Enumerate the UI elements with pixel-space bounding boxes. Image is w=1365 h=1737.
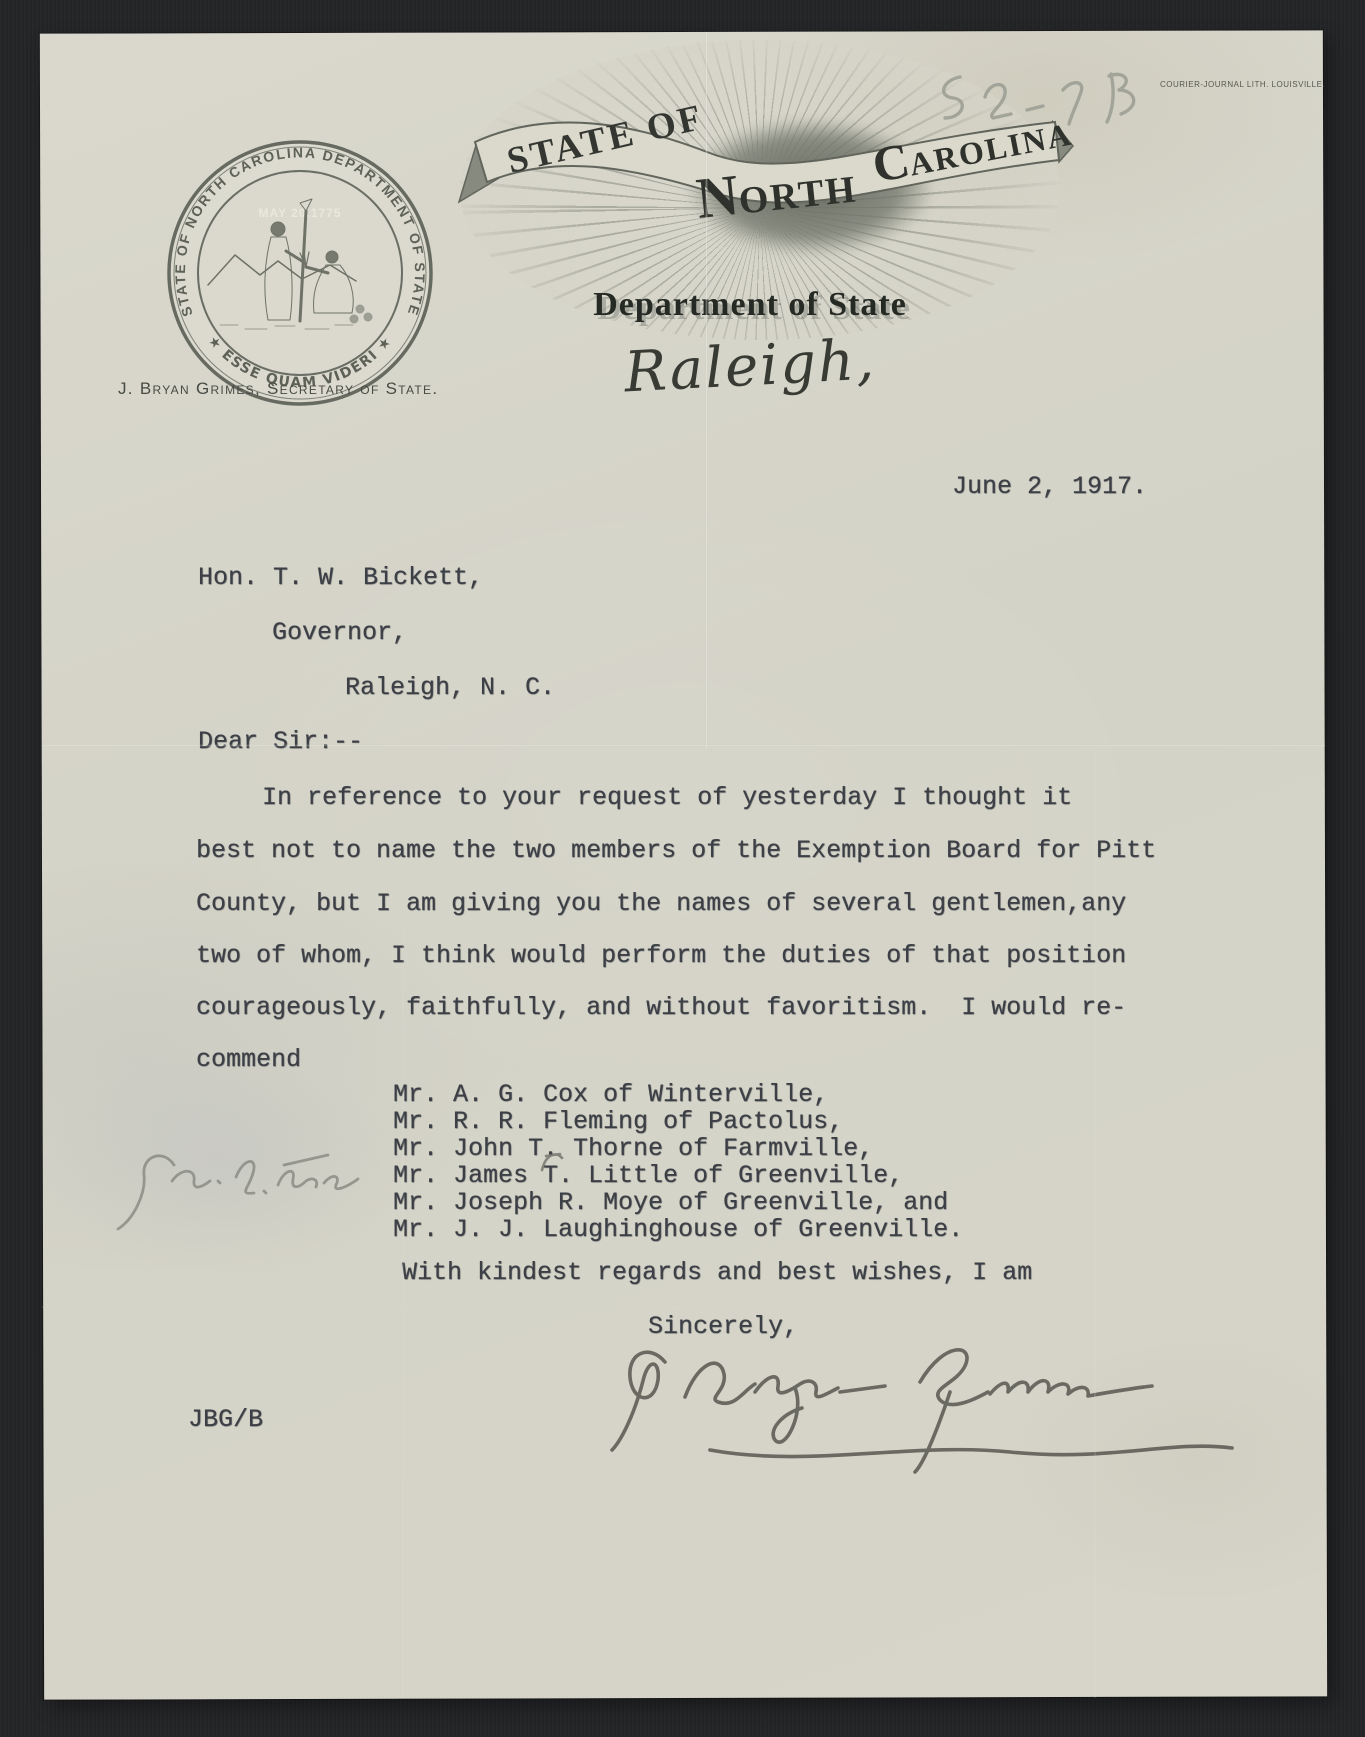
department-of-state-line: Department of State bbox=[450, 286, 1050, 324]
signature-scrawl bbox=[590, 1322, 1270, 1507]
nominee-line-5: Mr. Joseph R. Moye of Greenville, and bbox=[393, 1190, 948, 1215]
margin-note-stroke-le bbox=[324, 1176, 358, 1188]
typist-initials: JBG/B bbox=[188, 1407, 263, 1432]
seal-inner-ring bbox=[198, 171, 402, 375]
margin-note-stroke-l bbox=[236, 1161, 254, 1193]
pencil-annotation-stroke-4 bbox=[1063, 83, 1082, 124]
nominee-line-4: Mr. James T. Little of Greenville, bbox=[393, 1163, 903, 1188]
body-line-2: best not to name the two members of the … bbox=[196, 838, 1156, 863]
address-line-1: Hon. T. W. Bickett, bbox=[198, 565, 483, 590]
margin-note-scrawl bbox=[112, 1133, 397, 1248]
seal-plenty-head bbox=[326, 251, 338, 263]
seal-cornucopia-2 bbox=[364, 313, 372, 321]
nominee-line-3: Mr. John T. Thorne of Farmville, bbox=[393, 1136, 873, 1161]
pencil-annotation-scrawl bbox=[915, 52, 1155, 147]
scanned-letter-page: STATE OF NORTH CAROLINA DEPARTMENT OF ST… bbox=[0, 0, 1365, 1737]
signature-stroke-dash bbox=[840, 1386, 885, 1392]
margin-note-stroke-dot1 bbox=[218, 1181, 220, 1183]
signature-stroke-rimes bbox=[990, 1381, 1152, 1396]
signature-stroke-underline bbox=[710, 1446, 1232, 1456]
pencil-annotation-stroke-3 bbox=[1027, 106, 1043, 110]
signature-stroke-g-descender bbox=[915, 1392, 950, 1472]
seal-cornucopia-3 bbox=[350, 315, 358, 323]
seal-date-banner-text: MAY 20.1775 bbox=[258, 206, 341, 220]
signature-stroke-g bbox=[920, 1350, 988, 1405]
margin-note-stroke-tcross bbox=[284, 1155, 328, 1165]
pencil-annotation-stroke-1 bbox=[944, 77, 963, 118]
seal-cornucopia-1 bbox=[356, 305, 364, 313]
body-line-4: two of whom, I think would perform the d… bbox=[196, 943, 1126, 968]
body-line-5: courageously, faithfully, and without fa… bbox=[196, 995, 1126, 1020]
address-line-3: Raleigh, N. C. bbox=[345, 675, 555, 700]
nominee-line-6: Mr. J. J. Laughinghouse of Greenville. bbox=[393, 1217, 963, 1242]
body-line-3: County, but I am giving you the names of… bbox=[196, 891, 1126, 916]
letter-date: June 2, 1917. bbox=[952, 474, 1147, 499]
signature-stroke-y-loop bbox=[773, 1388, 802, 1442]
margin-note-stroke-j bbox=[118, 1156, 174, 1229]
nc-state-seal: STATE OF NORTH CAROLINA DEPARTMENT OF ST… bbox=[160, 133, 440, 413]
pencil-annotation-stroke-5 bbox=[1107, 74, 1134, 122]
margin-note-stroke-litt bbox=[278, 1171, 317, 1187]
margin-note-stroke-as bbox=[172, 1171, 210, 1187]
printer-mark: COURIER-JOURNAL LITH. LOUISVILLE. bbox=[1160, 80, 1325, 89]
salutation: Dear Sir:-- bbox=[198, 729, 363, 754]
signature-stroke-b bbox=[685, 1363, 755, 1403]
body-line-1: In reference to your request of yesterda… bbox=[262, 785, 1072, 810]
nominee-line-2: Mr. R. R. Fleming of Pactolus, bbox=[393, 1109, 843, 1134]
address-line-2: Governor, bbox=[272, 620, 407, 645]
margin-note-stroke-dot2 bbox=[264, 1191, 266, 1193]
body-line-6: commend bbox=[196, 1047, 301, 1072]
pencil-annotation-stroke-2 bbox=[985, 85, 1011, 118]
nominee-line-1: Mr. A. G. Cox of Winterville, bbox=[393, 1082, 828, 1107]
pencil-correction-mark bbox=[536, 1146, 570, 1176]
signature-stroke-j bbox=[612, 1352, 665, 1450]
ribbon-north-initial: N bbox=[693, 162, 742, 231]
seal-liberty-head bbox=[271, 222, 285, 236]
closing-line: With kindest regards and best wishes, I … bbox=[402, 1260, 1032, 1285]
secretary-of-state-line: J. Bryan Grimes, Secretary of State. bbox=[118, 379, 438, 399]
